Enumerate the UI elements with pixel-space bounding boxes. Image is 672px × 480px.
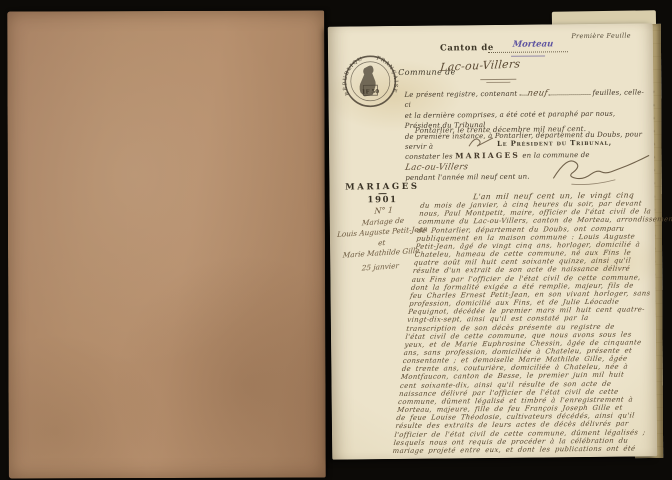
preamble-line-1: Le présent registre, contenant neuf feui… (404, 86, 646, 110)
sheet-number-label: Première Feuille (571, 32, 631, 41)
mariages-word: MARIAGES (455, 151, 520, 161)
scanned-register-photo: Première Feuille Canton de Morteau RÉPUB… (0, 0, 672, 480)
kraft-cover-page (7, 10, 326, 478)
canton-dotted-line (488, 51, 568, 53)
republique-francaise-fiscal-stamp-icon: RÉPUBLIQUE FRANÇAISE 1F 50 (340, 52, 401, 113)
commune-underline (480, 79, 516, 80)
commune-underline-2 (486, 82, 510, 83)
title-dash (378, 193, 386, 194)
register-first-page: Première Feuille Canton de Morteau RÉPUB… (328, 23, 658, 459)
dateline: Pontarlier, le trente décembre mil neuf … (415, 124, 586, 135)
commune-value-handwritten-2: Lac-ou-Villers (404, 162, 469, 173)
president-label: Le Président du Tribunal, (497, 138, 612, 148)
canton-label: Canton de (440, 43, 494, 54)
paraph-flourish (467, 135, 495, 149)
marriage-act-handwriting: L'an mil neuf cent un, le vingt cinqdu m… (392, 191, 667, 455)
commune-value-handwritten: Lac-ou-Villers (440, 57, 521, 74)
folio-count-handwritten: neuf (527, 88, 549, 99)
stamp-value: 1F 50 (362, 89, 380, 95)
president-signature (541, 147, 656, 190)
canton-value-stamp: Morteau (497, 39, 568, 50)
act-line: mariage projeté entre eux, et dont les p… (392, 444, 639, 455)
section-title-block: MARIAGES 1901 (339, 182, 425, 206)
section-title: MARIAGES (339, 182, 425, 193)
